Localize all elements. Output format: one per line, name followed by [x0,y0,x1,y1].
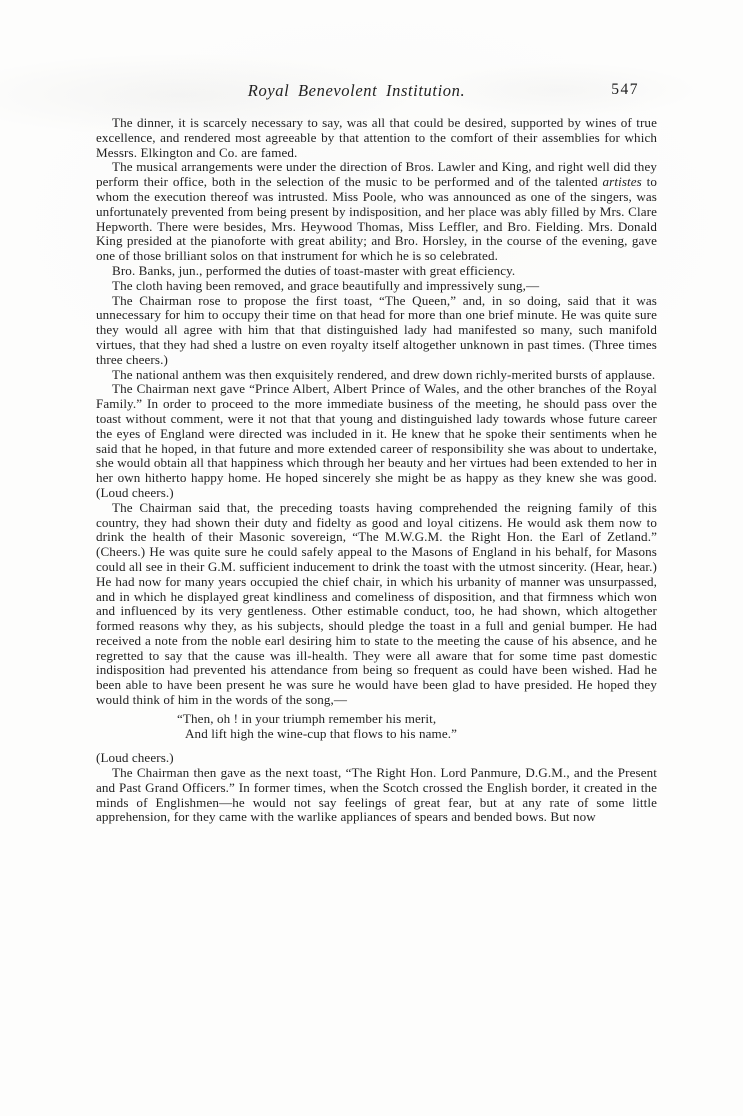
paragraph-musical-arrangements: The musical arrangements were under the … [96,160,657,264]
verse-line-2: And lift high the wine-cup that flows to… [177,726,657,741]
paragraph-prince-albert-toast: The Chairman next gave “Prince Albert, A… [96,382,657,500]
scanned-page: Royal Benevolent Institution. 547 The di… [0,0,743,1116]
paragraph-panmure-toast: The Chairman then gave as the next toast… [96,766,657,825]
running-header: Royal Benevolent Institution. 547 [96,81,657,101]
line-loud-cheers: (Loud cheers.) [96,751,657,766]
paragraph-zetland-toast: The Chairman said that, the preceding to… [96,501,657,708]
article-body: The dinner, it is scarcely necessary to … [96,116,657,825]
paragraph-dinner: The dinner, it is scarcely necessary to … [96,116,657,160]
italic-word-artistes: artistes [603,174,642,189]
line-toastmaster: Bro. Banks, jun., performed the duties o… [96,264,657,279]
paragraph-national-anthem: The national anthem was then exquisitely… [96,368,657,383]
line-grace: The cloth having been removed, and grace… [96,279,657,294]
page-title: Royal Benevolent Institution. [96,81,617,101]
verse-line-1: “Then, oh ! in your triumph remember his… [177,711,657,726]
paragraph-queen-toast: The Chairman rose to propose the first t… [96,294,657,368]
page-number: 547 [611,81,639,99]
song-verse: “Then, oh ! in your triumph remember his… [177,711,657,741]
paragraph-musical-text-before: The musical arrangements were under the … [96,159,657,189]
